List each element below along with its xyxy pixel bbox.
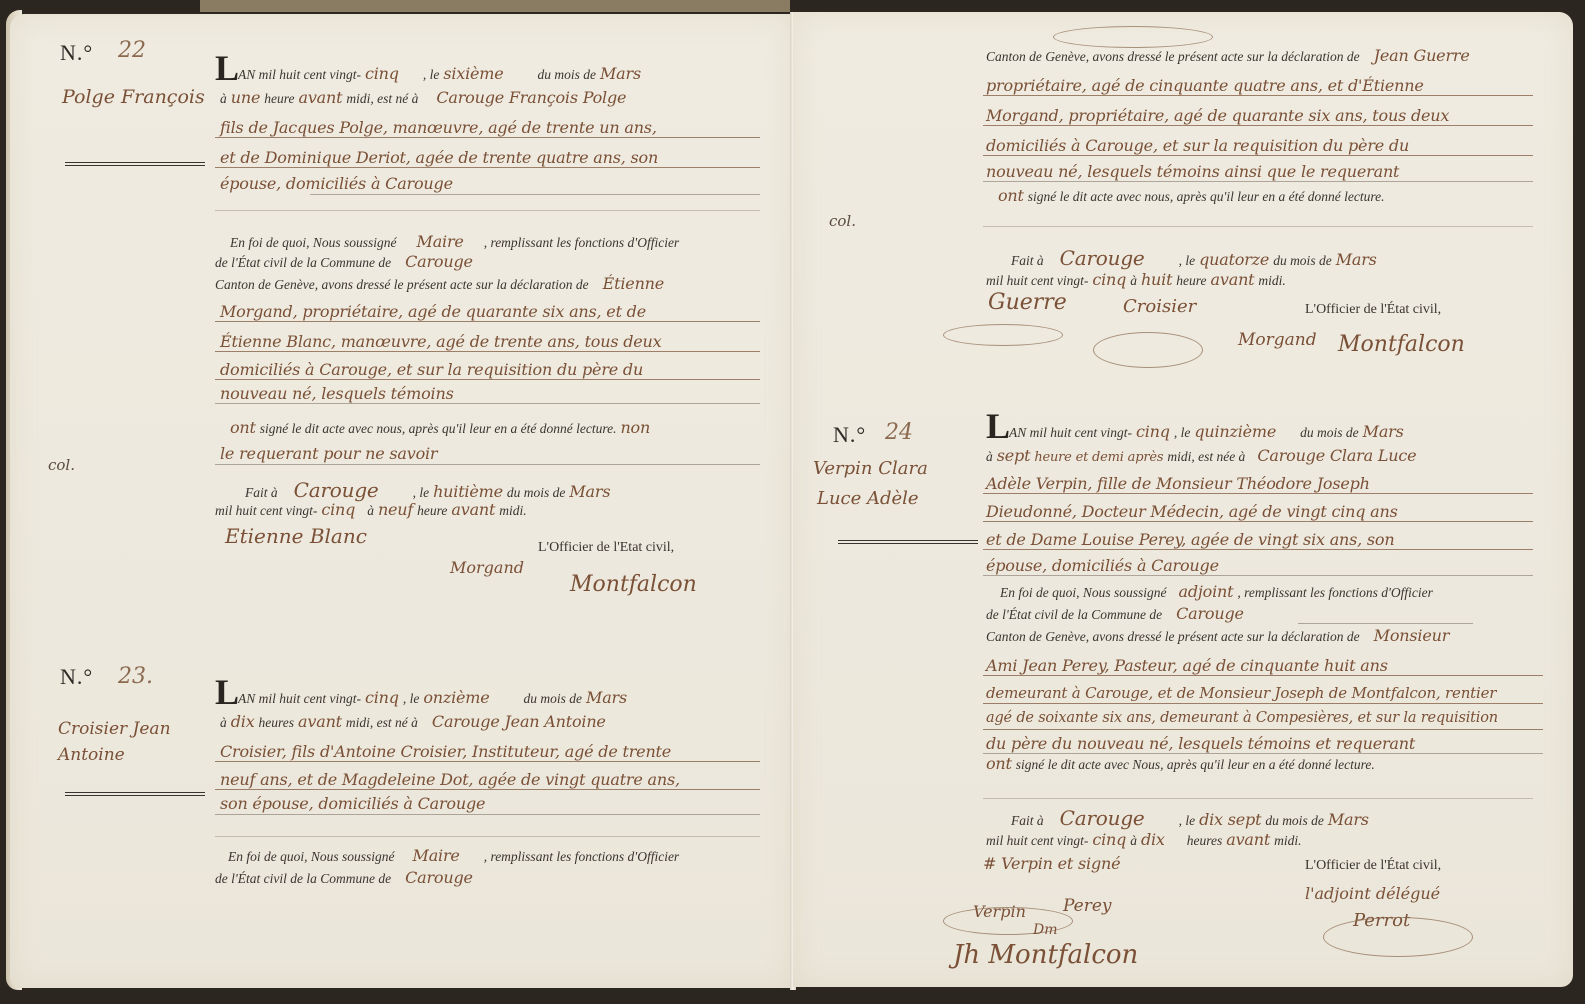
writing-line bbox=[215, 814, 760, 815]
pen-flourish bbox=[1053, 26, 1213, 48]
writing-line bbox=[983, 155, 1533, 156]
fait-line: mil huit cent vingt- cinq à dix heures a… bbox=[986, 830, 1301, 850]
writing-line bbox=[983, 575, 1533, 576]
act-line: AN mil huit cent vingt- cinq , le onzièm… bbox=[238, 688, 627, 708]
writing-line bbox=[983, 675, 1543, 676]
signature-officer: Montfalcon bbox=[570, 572, 697, 597]
act-line: Croisier, fils d'Antoine Croisier, Insti… bbox=[220, 742, 671, 761]
writing-line bbox=[983, 493, 1533, 494]
separator-double-rule bbox=[65, 792, 205, 796]
foi-line: propriétaire, agé de cinquante quatre an… bbox=[986, 76, 1424, 95]
writing-line bbox=[983, 95, 1533, 96]
pen-flourish bbox=[1323, 917, 1473, 957]
act-line: son épouse, domiciliés à Carouge bbox=[220, 794, 485, 813]
writing-line bbox=[215, 379, 760, 380]
fait-line: Fait à Carouge , le dix sept du mois de … bbox=[1011, 806, 1369, 830]
drop-cap-L: L bbox=[215, 674, 239, 710]
foi-line: Morgand, propriétaire, agé de quarante s… bbox=[220, 302, 646, 321]
foi-line: agé de soixante six ans, demeurant à Com… bbox=[986, 710, 1498, 726]
writing-line bbox=[983, 125, 1533, 126]
foi-line: En foi de quoi, Nous soussigné Maire , r… bbox=[230, 232, 679, 252]
entry-number-label: N.° bbox=[833, 422, 866, 448]
writing-line bbox=[1298, 623, 1473, 624]
foi-line: Morgand, propriétaire, agé de quarante s… bbox=[986, 106, 1449, 125]
foi-line: de l'État civil de la Commune de Carouge bbox=[986, 604, 1244, 624]
foi-line: En foi de quoi, Nous soussigné adjoint ,… bbox=[1000, 582, 1433, 602]
writing-line bbox=[983, 181, 1533, 182]
act-line: épouse, domiciliés à Carouge bbox=[220, 174, 453, 193]
foi-line: Canton de Genève, avons dressé le présen… bbox=[986, 626, 1449, 646]
foi-line: domiciliés à Carouge, et sur la requisit… bbox=[986, 136, 1409, 155]
section-rule bbox=[983, 798, 1533, 799]
section-rule bbox=[215, 836, 760, 837]
open-register-book: N.° 22 Polge François L AN mil huit cent… bbox=[0, 0, 1585, 1004]
writing-line bbox=[983, 703, 1543, 704]
entry-number: 24 bbox=[885, 420, 913, 445]
act-line: fils de Jacques Polge, manœuvre, agé de … bbox=[220, 118, 657, 137]
act-line: AN mil huit cent vingt- cinq , le quinzi… bbox=[1009, 422, 1404, 442]
foi-line: de l'État civil de la Commune de Carouge bbox=[215, 868, 473, 888]
signature-witness: Perey bbox=[1063, 896, 1112, 916]
separator-double-rule bbox=[65, 162, 205, 166]
writing-line bbox=[215, 761, 760, 762]
officer-label: L'Officier de l'Etat civil, bbox=[538, 540, 674, 556]
officer-label: L'Officier de l'État civil, bbox=[1305, 858, 1441, 874]
section-rule bbox=[215, 210, 760, 211]
foi-line: En foi de quoi, Nous soussigné Maire , r… bbox=[228, 846, 679, 866]
entry-number: 22 bbox=[118, 38, 146, 63]
writing-line bbox=[983, 729, 1543, 730]
margin-name-line1: Verpin Clara bbox=[813, 458, 928, 479]
writing-line bbox=[983, 521, 1533, 522]
signed-line: ont signé le dit acte avec nous, après q… bbox=[230, 418, 650, 438]
fait-line: Fait à Carouge , le huitième du mois de … bbox=[245, 478, 610, 502]
pen-flourish bbox=[1093, 332, 1203, 368]
act-line: à sept heure et demi après midi, est née… bbox=[986, 446, 1416, 466]
foi-line: Canton de Genève, avons dressé le présen… bbox=[986, 46, 1470, 66]
margin-note: col. bbox=[829, 212, 856, 230]
signature-witness: Jh Montfalcon bbox=[953, 940, 1138, 970]
foi-line: nouveau né, lesquels témoins bbox=[220, 384, 454, 403]
pen-flourish bbox=[943, 324, 1063, 346]
signature-witness: Guerre bbox=[988, 290, 1067, 315]
fait-line: mil huit cent vingt- cinq à neuf heure a… bbox=[215, 500, 527, 520]
foi-line: Canton de Genève, avons dressé le présen… bbox=[215, 274, 664, 294]
writing-line bbox=[215, 137, 760, 138]
margin-name: Croisier Jean Antoine bbox=[58, 716, 188, 768]
foi-line: demeurant à Carouge, et de Monsieur Jose… bbox=[986, 684, 1496, 702]
foi-line: domiciliés à Carouge, et sur la requisit… bbox=[220, 360, 643, 379]
foi-line: nouveau né, lesquels témoins ainsi que l… bbox=[986, 162, 1399, 181]
margin-note: col. bbox=[48, 456, 75, 474]
signed-line: ont signé le dit acte avec Nous, après q… bbox=[986, 754, 1375, 774]
signature-witness: Morgand bbox=[1238, 330, 1317, 350]
act-line: à une heure avant midi, est né à Carouge… bbox=[220, 88, 626, 108]
act-line: AN mil huit cent vingt- cinq , le sixièm… bbox=[238, 64, 641, 84]
left-page: N.° 22 Polge François L AN mil huit cent… bbox=[10, 14, 793, 988]
signature-officer: Montfalcon bbox=[1338, 332, 1465, 357]
entry-number-label: N.° bbox=[60, 664, 93, 690]
drop-cap-L: L bbox=[986, 408, 1010, 444]
right-page: Canton de Genève, avons dressé le présen… bbox=[793, 12, 1573, 987]
separator-double-rule bbox=[838, 540, 978, 544]
foi-line: Ami Jean Perey, Pasteur, agé de cinquant… bbox=[986, 656, 1388, 675]
act-line: épouse, domiciliés à Carouge bbox=[986, 556, 1219, 575]
margin-name-line2: Luce Adèle bbox=[817, 488, 919, 509]
officer-label: L'Officier de l'État civil, bbox=[1305, 302, 1441, 318]
fait-line: Fait à Carouge , le quatorze du mois de … bbox=[1011, 246, 1377, 270]
writing-line bbox=[215, 351, 760, 352]
approval-note: # Verpin et signé bbox=[983, 854, 1120, 873]
margin-name: Polge François bbox=[62, 86, 205, 108]
writing-line bbox=[983, 549, 1533, 550]
act-line: Dieudonné, Docteur Médecin, agé de vingt… bbox=[986, 502, 1398, 521]
book-cover-top bbox=[200, 0, 790, 12]
writing-line bbox=[215, 321, 760, 322]
signed-continuation: le requerant pour ne savoir bbox=[220, 444, 437, 463]
signature-witness: Morgand bbox=[450, 558, 524, 577]
entry-number-label: N.° bbox=[60, 40, 93, 66]
act-line: et de Dominique Deriot, agée de trente q… bbox=[220, 148, 658, 167]
signed-line: ont signé le dit acte avec nous, après q… bbox=[998, 186, 1384, 206]
entry-number: 23. bbox=[118, 664, 153, 689]
signature-witness: Croisier bbox=[1123, 296, 1196, 317]
writing-line bbox=[215, 789, 760, 790]
signature-witness-title: Dm bbox=[1033, 922, 1058, 938]
foi-line: de l'État civil de la Commune de Carouge bbox=[215, 252, 473, 272]
signature-witness: Etienne Blanc bbox=[225, 524, 367, 548]
act-line: Adèle Verpin, fille de Monsieur Théodore… bbox=[986, 474, 1370, 493]
act-line: neuf ans, et de Magdeleine Dot, agée de … bbox=[220, 770, 680, 789]
officer-title: l'adjoint délégué bbox=[1305, 884, 1440, 903]
foi-line: Étienne Blanc, manœuvre, agé de trente a… bbox=[220, 332, 661, 351]
fait-line: mil huit cent vingt- cinq à huit heure a… bbox=[986, 270, 1286, 290]
writing-line bbox=[215, 167, 760, 168]
act-line: à dix heures avant midi, est né à Caroug… bbox=[220, 712, 606, 732]
act-line: et de Dame Louise Perey, agée de vingt s… bbox=[986, 530, 1394, 549]
foi-line: du père du nouveau né, lesquels témoins … bbox=[986, 734, 1415, 753]
drop-cap-L: L bbox=[215, 50, 239, 86]
writing-line bbox=[310, 194, 760, 195]
writing-line bbox=[215, 403, 760, 404]
writing-line bbox=[215, 464, 760, 465]
section-rule bbox=[983, 226, 1533, 227]
